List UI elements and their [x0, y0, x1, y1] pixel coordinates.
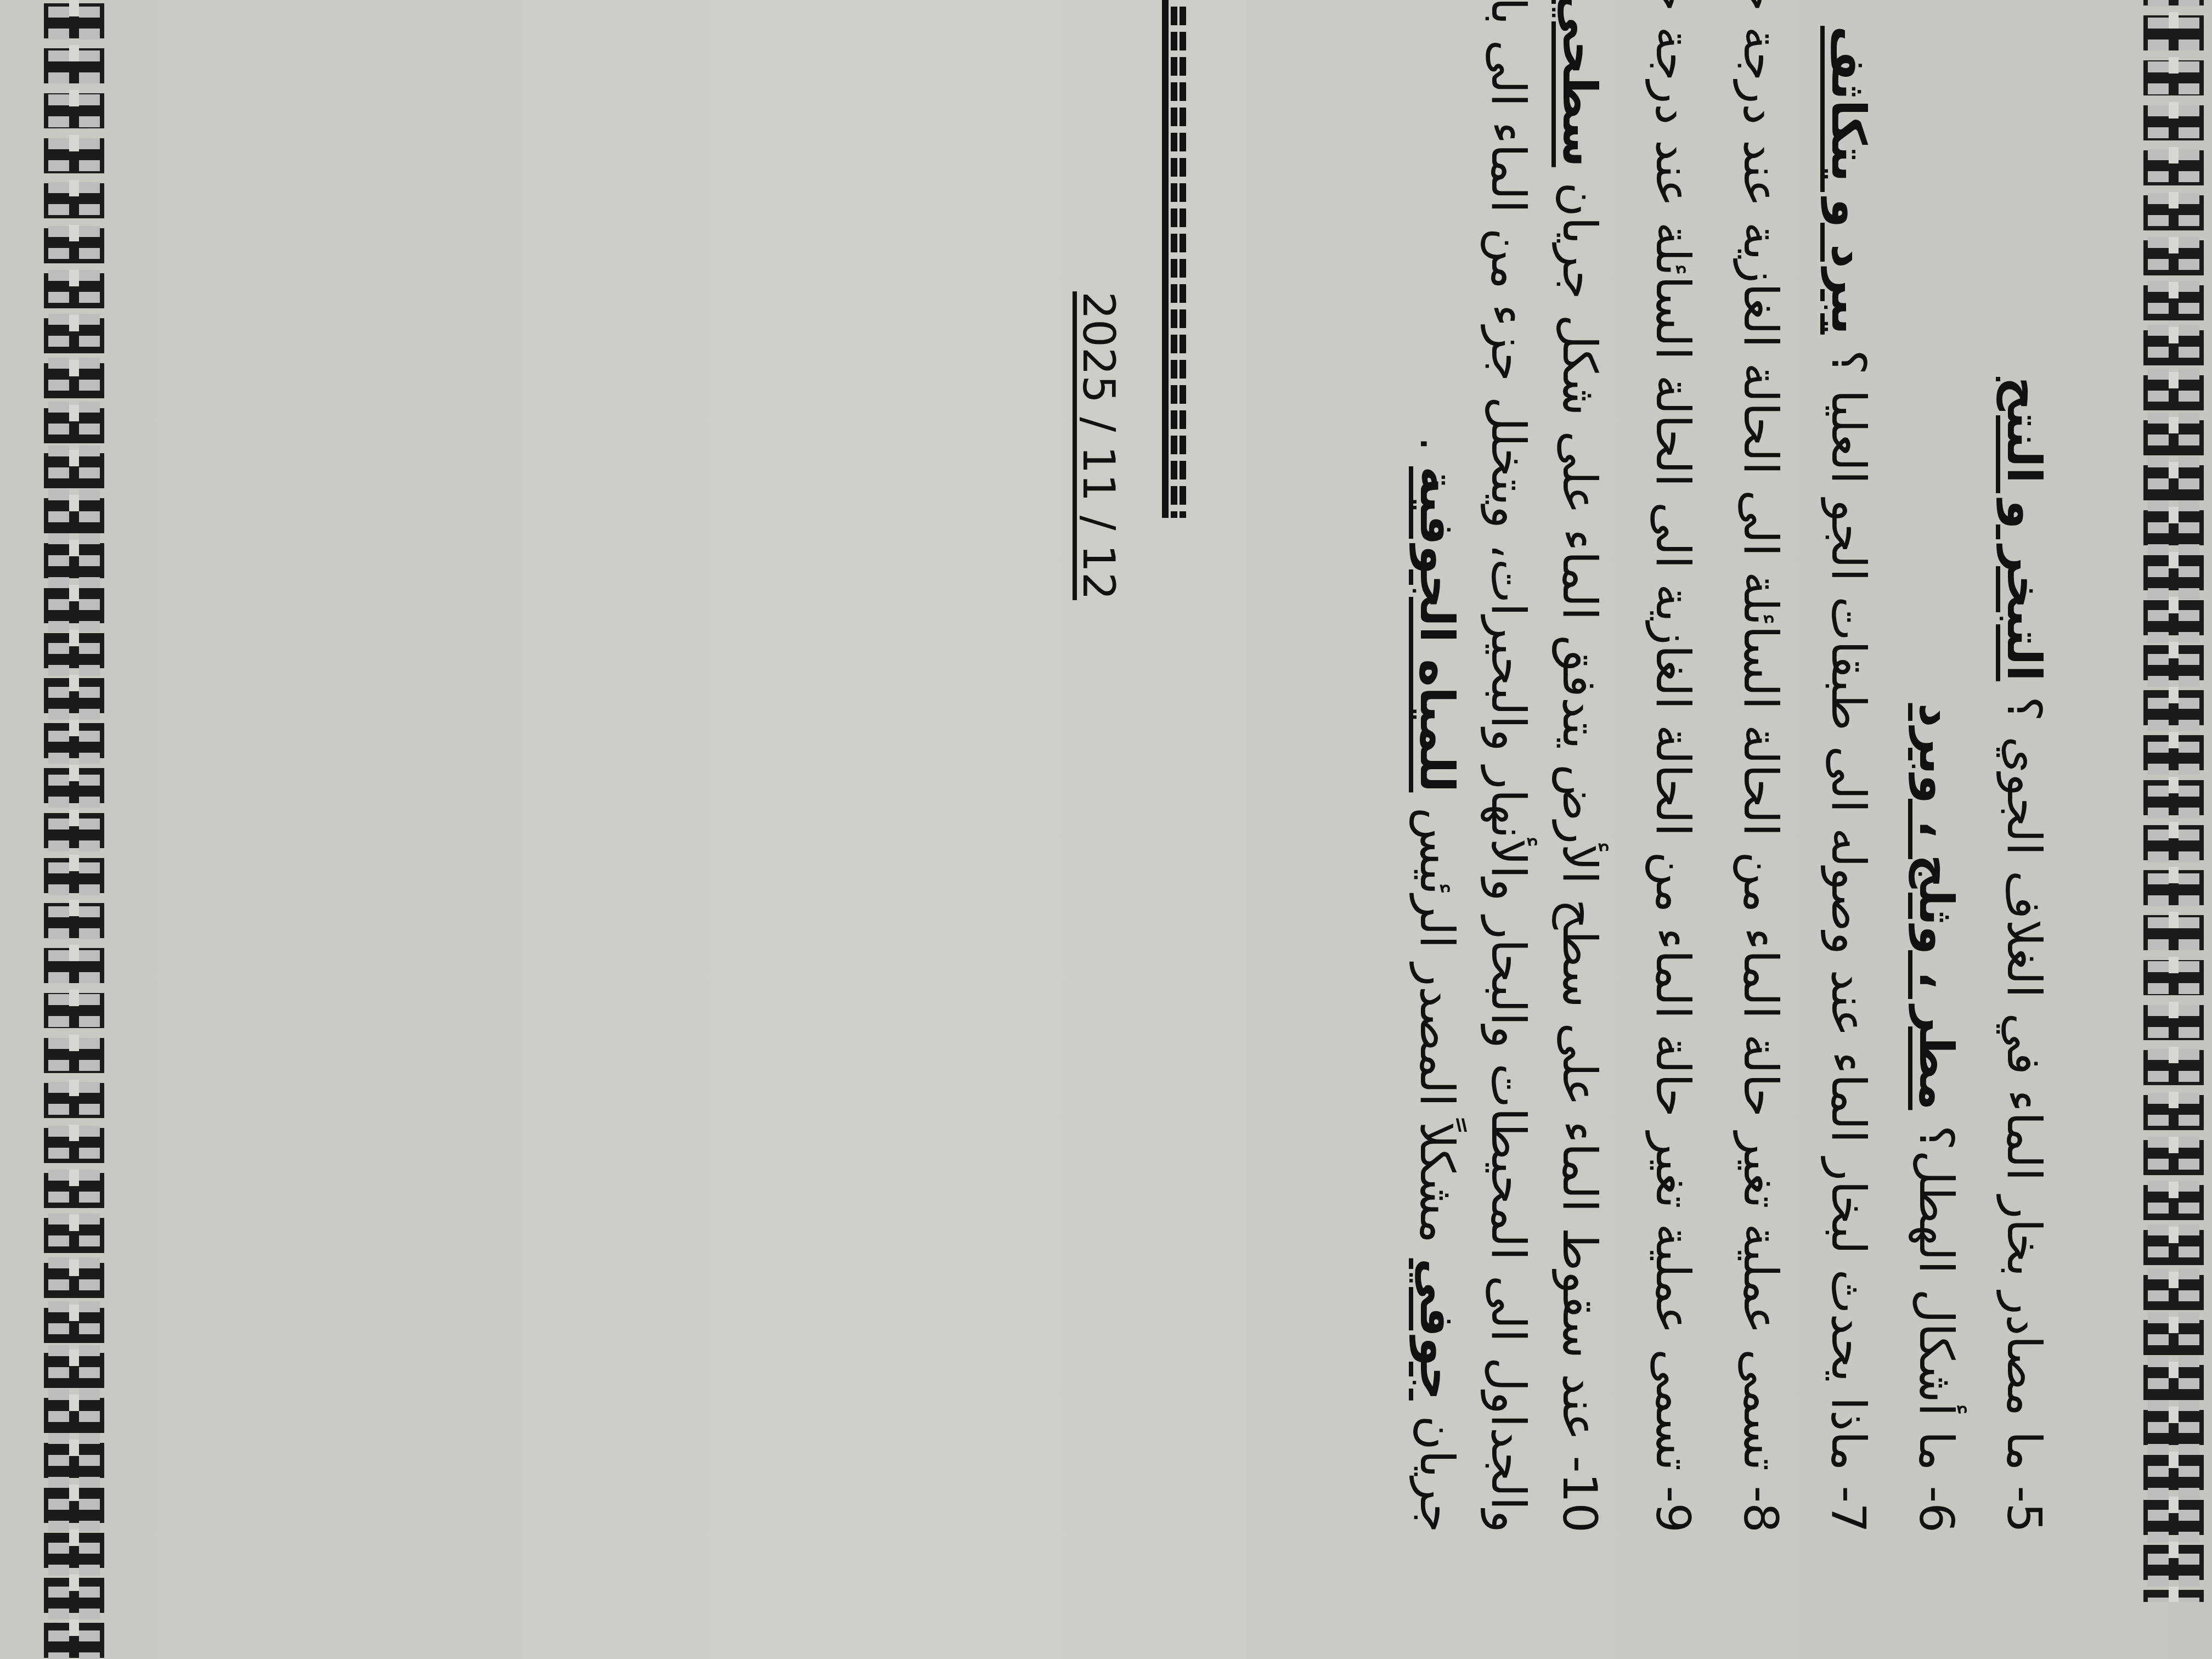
- double-line-separator: [1162, 0, 1186, 518]
- answer-text: يبرد و يتكاثف: [1821, 26, 1876, 335]
- question-number: 5-: [1996, 1486, 2051, 1533]
- question-number: 9-: [1645, 1486, 1700, 1533]
- date-label: 2025 / 11 / 12: [1076, 291, 1120, 600]
- question-8: 8- تسمى عملية تغير حالة الماء من الحالة …: [1737, 0, 1784, 1533]
- paragraph-line-2: والجداول الى المحيطات والبحار والأنهار و…: [1485, 0, 1532, 1533]
- question-number: 7-: [1821, 1486, 1876, 1533]
- question-number: 6-: [1909, 1486, 1963, 1533]
- answer-text: التبخر و النتح: [1996, 377, 2051, 681]
- question-text: ماذا يحدث لبخار الماء عند وصوله الى طبقا…: [1821, 349, 1876, 1471]
- question-number: 10-: [1552, 1456, 1607, 1533]
- question-text: تسمى عملية تغير حالة الماء من الحالة الس…: [1733, 0, 1788, 1471]
- question-9: 9- تسمى عملية تغير حالة الماء من الحالة …: [1649, 0, 1696, 1533]
- question-7: 7- ماذا يحدث لبخار الماء عند وصوله الى ط…: [1825, 26, 1872, 1533]
- question-6: 6- ما أشكال الهطل؟ مطر ، وثلج ، وبرد: [1912, 703, 1960, 1533]
- question-text: عند سقوط الماء على سطح الأرض يتدفق الماء…: [1552, 182, 1607, 1441]
- worksheet-page: 5- ما مصادر بخار الماء في الغلاف الجوي ؟…: [0, 0, 2212, 1659]
- question-5: 5- ما مصادر بخار الماء في الغلاف الجوي ؟…: [2000, 377, 2047, 1533]
- answer-text: للمياه الجوفية: [1409, 466, 1464, 792]
- answer-text: مطر ، وثلج ، وبرد: [1909, 703, 1963, 1110]
- paragraph-text: والجداول الى المحيطات والبحار والأنهار و…: [1481, 0, 1536, 1533]
- paragraph-text: .: [1409, 436, 1464, 466]
- paragraph-text: مشكلاً المصدر الرئيس: [1409, 808, 1464, 1243]
- answer-text: جوفي: [1409, 1259, 1464, 1401]
- answer-text: سطحي: [1552, 0, 1607, 167]
- question-10: 10- عند سقوط الماء على سطح الأرض يتدفق ا…: [1556, 0, 1603, 1533]
- question-text: ما مصادر بخار الماء في الغلاف الجوي ؟: [1996, 696, 2051, 1471]
- paragraph-line-3: جريان جوفي مشكلاً المصدر الرئيس للمياه ا…: [1413, 436, 1460, 1533]
- paragraph-text: جريان: [1409, 1415, 1464, 1533]
- question-number: 8-: [1733, 1486, 1788, 1533]
- question-text: ما أشكال الهطل؟: [1909, 1125, 1963, 1471]
- question-text: تسمى عملية تغير حالة الماء من الحالة الغ…: [1645, 0, 1700, 1471]
